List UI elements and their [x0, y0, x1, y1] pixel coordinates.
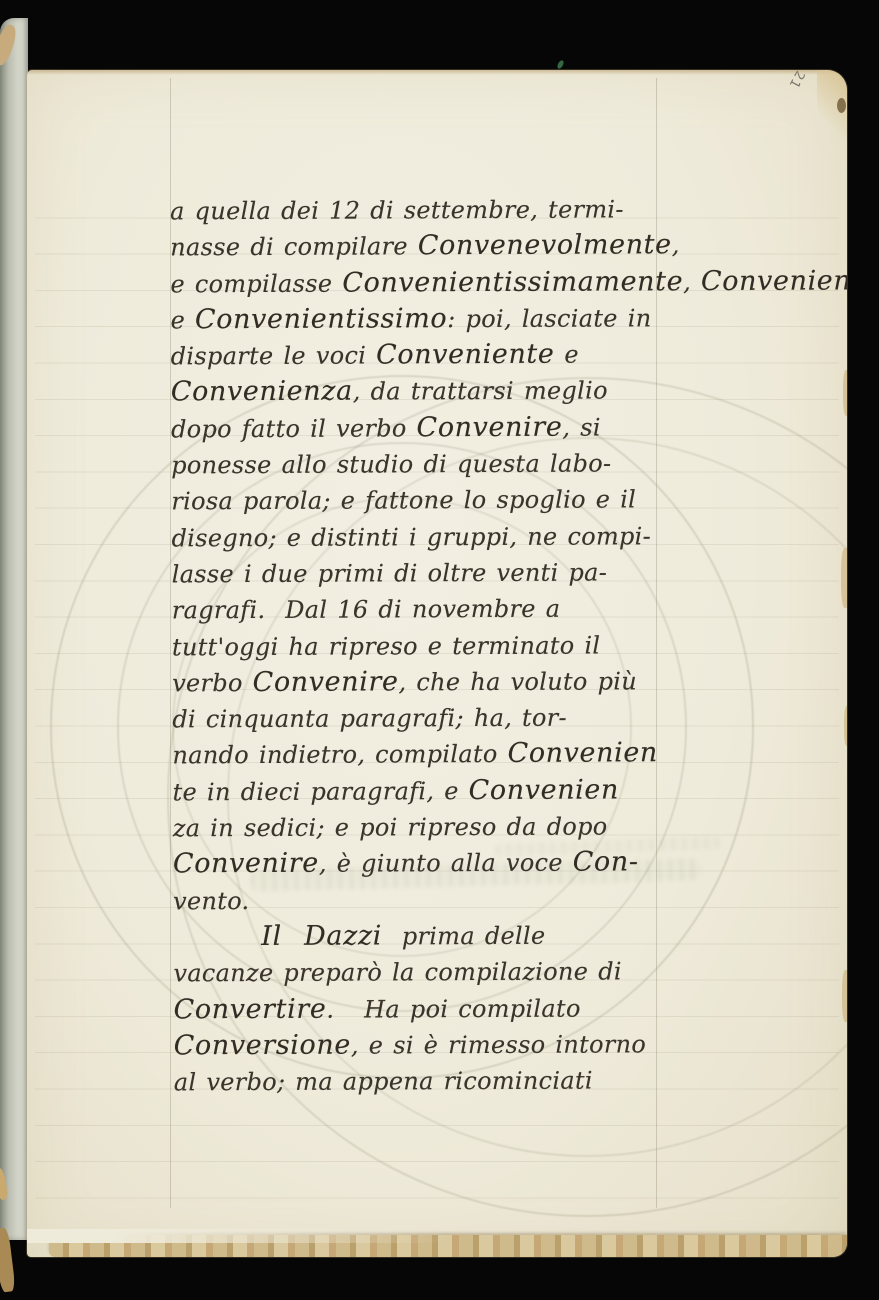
manuscript-photo: 21 a quella dei 12 di settembre, termi-n… — [0, 0, 879, 1300]
manuscript-text-run: a quella dei 12 di settembre, termi- — [170, 195, 624, 225]
manuscript-text-run: , da trattarsi meglio — [353, 377, 608, 406]
right-edge-chip — [843, 370, 847, 416]
manuscript-line: Il Dazzi prima delle — [173, 917, 793, 956]
manuscript-text-run: za in sedici; e poi ripreso da dopo — [173, 813, 608, 843]
lemma-word: Convenevolmente — [418, 229, 672, 261]
manuscript-text-run: riosa parola; e fattone lo spoglio e il — [171, 486, 636, 516]
manuscript-page: 21 a quella dei 12 di settembre, termi-n… — [27, 70, 847, 1257]
manuscript-line: riosa parola; e fattone lo spoglio e il — [171, 481, 791, 520]
facing-page-edge — [0, 18, 28, 1240]
manuscript-text-run: . Ha poi compilato — [326, 994, 580, 1023]
manuscript-text-run: : poi, lasciate in — [447, 304, 651, 333]
manuscript-line: te in dieci paragrafi, e Convenien — [173, 771, 793, 810]
manuscript-text-run: e — [171, 306, 196, 334]
manuscript-line: al verbo; ma appena ricominciati — [174, 1062, 794, 1101]
manuscript-line: Convenire, è giunto alla voce Con- — [173, 844, 793, 883]
manuscript-line: di cinquanta paragrafi; ha, tor- — [172, 699, 792, 738]
manuscript-line: ragrafi. Dal 16 di novembre a — [172, 590, 792, 629]
manuscript-line: nando indietro, compilato Convenien — [172, 735, 792, 774]
manuscript-text-run: , è giunto alla voce — [319, 849, 573, 878]
lemma-word: Convenien — [469, 774, 619, 806]
manuscript-text: a quella dei 12 di settembre, termi-nass… — [170, 191, 794, 1101]
manuscript-line: e compilasse Convenientissimamente, Conv… — [170, 263, 790, 302]
right-edge-chip — [842, 970, 847, 1022]
manuscript-text-run: vento. — [173, 887, 249, 915]
lemma-word: Convenientissimo — [195, 303, 447, 335]
manuscript-line: vento. — [173, 880, 793, 919]
manuscript-line: disegno; e distinti i gruppi, ne compi- — [171, 517, 791, 556]
manuscript-text-run: nando indietro, compilato — [172, 740, 507, 769]
bottom-deckle-fade — [27, 1229, 447, 1243]
manuscript-text-run: e compilasse — [170, 269, 342, 298]
manuscript-line: verbo Convenire, che ha voluto più — [172, 663, 792, 702]
manuscript-text-run: prima delle — [382, 922, 546, 951]
manuscript-line: Convertire. Ha poi compilato — [174, 989, 794, 1028]
top-right-edge-notch — [837, 98, 846, 113]
lemma-word: Convenire — [173, 848, 319, 880]
lemma-word: Convenire — [253, 666, 399, 698]
manuscript-text-run: , si — [562, 413, 601, 441]
manuscript-text-run: vacanze preparò la compilazione di — [173, 958, 622, 988]
lemma-word: Convenientissimamente — [342, 266, 683, 298]
manuscript-text-run: di cinquanta paragrafi; ha, tor- — [172, 704, 567, 734]
manuscript-text-run: te in dieci paragrafi, e — [173, 777, 469, 806]
lemma-word: Il Dazzi — [261, 920, 382, 952]
manuscript-line: e Convenientissimo: poi, lasciate in — [170, 300, 790, 339]
manuscript-text-run: verbo — [172, 669, 253, 697]
top-deckle-edge — [27, 70, 847, 75]
lemma-word: Conversione — [174, 1029, 351, 1061]
right-edge-chip — [844, 706, 847, 746]
lemma-word: Con- — [573, 847, 639, 878]
lemma-word: Conveniente — [376, 339, 554, 371]
lemma-word: Convertire — [174, 993, 327, 1025]
manuscript-text-run: , che ha voluto più — [398, 667, 637, 696]
manuscript-line: nasse di compilare Convenevolmente, — [170, 227, 790, 266]
manuscript-line: lasse i due primi di oltre venti pa- — [172, 554, 792, 593]
manuscript-line: disparte le voci Conveniente e — [171, 336, 791, 375]
manuscript-line: dopo fatto il verbo Convenire, si — [171, 408, 791, 447]
manuscript-text-run: ponesse allo studio di questa labo- — [171, 450, 611, 480]
manuscript-line: Conversione, e si è rimesso intorno — [174, 1025, 794, 1064]
manuscript-line: Convenienza, da trattarsi meglio — [171, 372, 791, 411]
manuscript-text-run: al verbo; ma appena ricominciati — [174, 1067, 593, 1097]
manuscript-text-run: tutt'oggi ha ripreso e terminato il — [172, 631, 600, 661]
manuscript-text-run: , — [672, 231, 680, 259]
manuscript-line: tutt'oggi ha ripreso e terminato il — [172, 626, 792, 665]
manuscript-text-run: dopo fatto il verbo — [171, 414, 417, 443]
lemma-word: Convenire — [416, 411, 562, 443]
manuscript-text-run: lasse i due primi di oltre venti pa- — [172, 558, 608, 588]
manuscript-line: ponesse allo studio di questa labo- — [171, 445, 791, 484]
manuscript-text-run: e — [554, 341, 579, 369]
manuscript-line: vacanze preparò la compilazione di — [173, 953, 793, 992]
lemma-word: Convenien — [507, 738, 657, 770]
fiber-speck — [556, 59, 565, 69]
right-edge-chip — [841, 548, 847, 608]
manuscript-text-run: disparte le voci — [171, 342, 376, 371]
manuscript-line: za in sedici; e poi ripreso da dopo — [173, 808, 793, 847]
lemma-word: Convenienza — [171, 376, 353, 408]
manuscript-text-run: ragrafi. Dal 16 di novembre a — [172, 595, 561, 625]
manuscript-line: a quella dei 12 di settembre, termi- — [170, 191, 790, 230]
lemma-word: Convenientemente — [701, 264, 847, 296]
manuscript-text-run: , e si è rimesso intorno — [351, 1030, 646, 1059]
manuscript-text-run: nasse di compilare — [170, 233, 418, 262]
manuscript-text-run: disegno; e distinti i gruppi, ne compi- — [171, 522, 651, 552]
manuscript-text-run: , — [683, 268, 701, 296]
